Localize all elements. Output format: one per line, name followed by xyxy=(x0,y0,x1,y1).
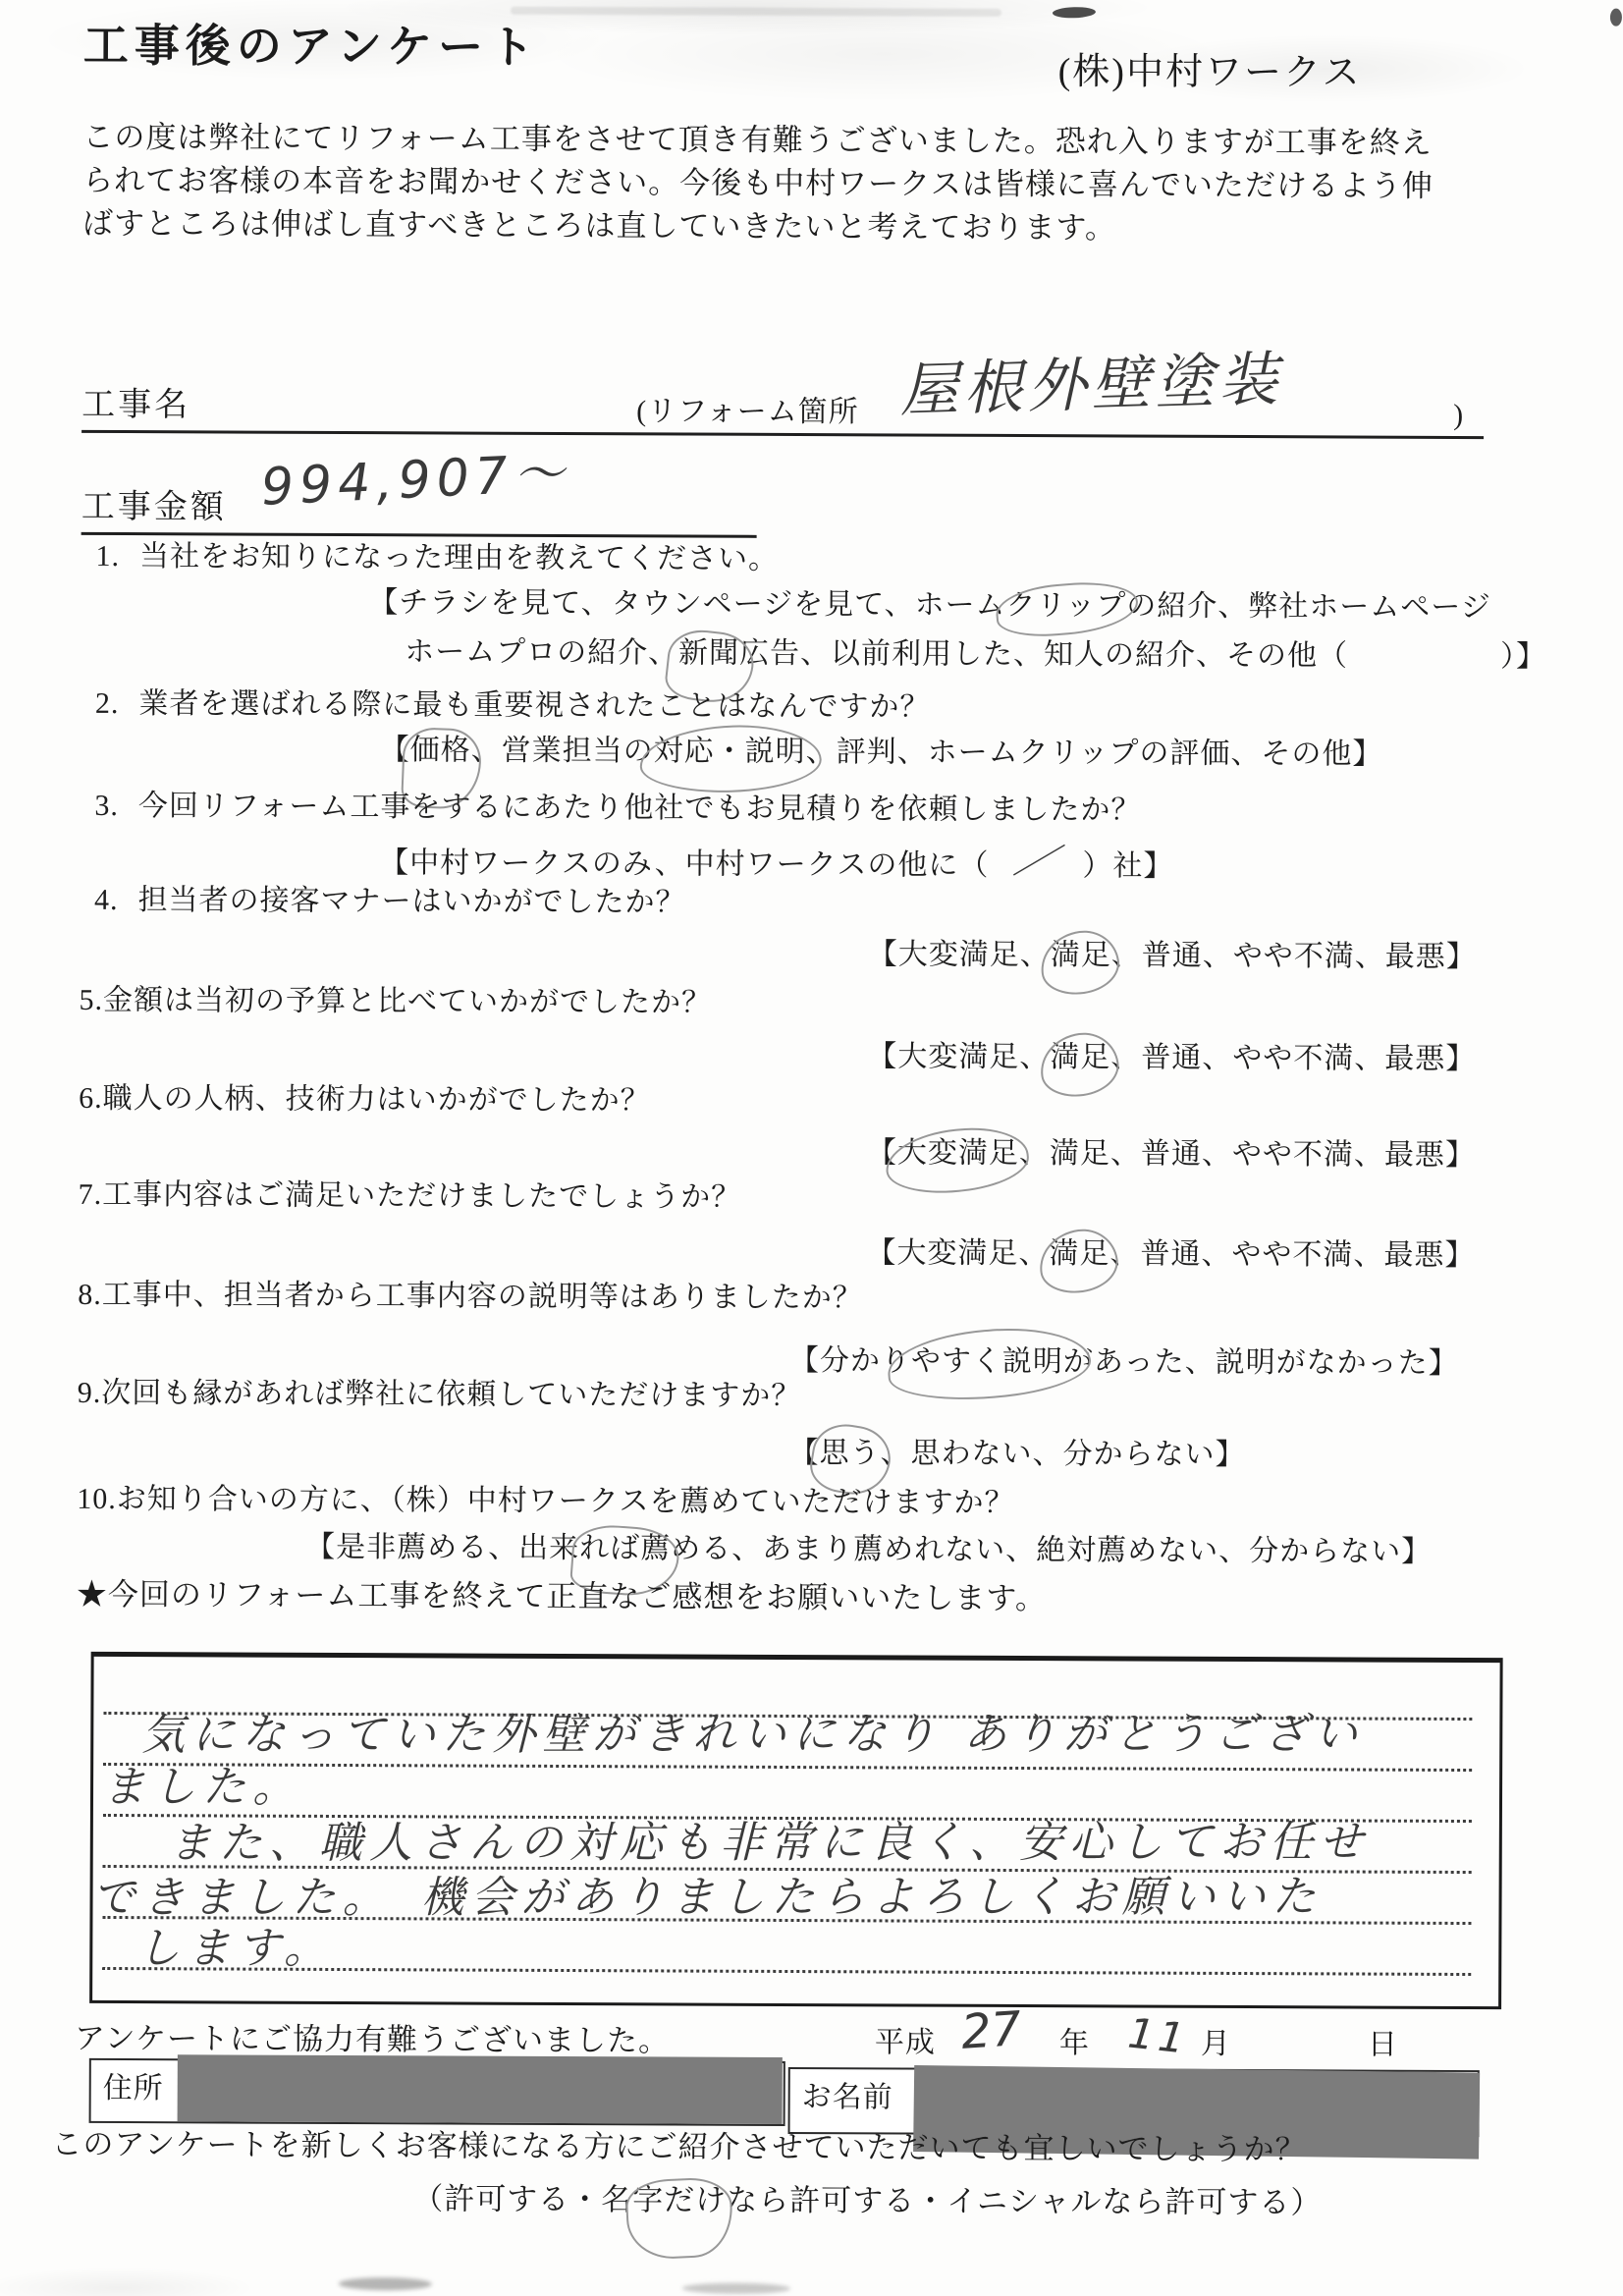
question-8-options: 【分かりやすく説明があった、説明がなかった】 xyxy=(789,1346,1459,1379)
q3-option-segment: 【中村ワークスのみ、中村ワークスの他に（ xyxy=(379,847,989,882)
q4-option-segment: 【大変満足、 xyxy=(868,938,1051,971)
question-6-text: 職人の人柄、技術力はいかがでしたか？ xyxy=(103,1082,651,1117)
q5-circled-answer-satisfied: 満足 xyxy=(1050,1043,1110,1072)
q7-option-segment: 、普通、やや不満、最悪】 xyxy=(1109,1237,1475,1272)
page-title: 工事後のアンケート xyxy=(83,24,540,71)
q6-circled-answer-very-satisfied: 大変満足 xyxy=(897,1138,1019,1169)
question-8-text: 工事中、担当者から工事内容の説明等はありましたか？ xyxy=(102,1279,863,1314)
question-9: 9.次回も縁があれば弊社に依頼していただけますか？ xyxy=(78,1379,802,1411)
date-month-label: 月 xyxy=(1201,2030,1231,2059)
question-8-number: 8. xyxy=(78,1281,102,1310)
scan-artifact xyxy=(682,2283,790,2294)
scan-artifact xyxy=(339,2277,432,2290)
q5-option-segment: 、普通、やや不満、最悪】 xyxy=(1110,1041,1476,1075)
q6-option-segment: 、満足、普通、やや不満、最悪】 xyxy=(1019,1137,1476,1172)
date-year-value: 27 xyxy=(959,2005,1022,2056)
question-7-number: 7. xyxy=(79,1180,103,1210)
q2-option-segment: 、営業担当の xyxy=(471,735,654,768)
question-6-number: 6. xyxy=(79,1084,103,1114)
intro-line-2: られてお客様の本音をお聞かせください。今後も中村ワークスは皆様に喜んでいただける… xyxy=(82,165,1434,201)
intro-line-1: この度は弊社にてリフォーム工事をさせて頂き有難うございました。恐れ入りますが工事… xyxy=(82,122,1433,158)
scan-artifact xyxy=(511,7,1001,17)
address-redaction xyxy=(178,2054,783,2124)
project-amount-label: 工事金額 xyxy=(81,491,227,525)
question-3-options: 【中村ワークスのみ、中村ワークスの他に（／）社】 xyxy=(379,838,1173,883)
question-2-number: 2. xyxy=(95,689,120,719)
thanks-note: アンケートにご協力有難うございました。 xyxy=(75,2023,670,2056)
q8-circled-answer-clear-explanation: やすく説明 xyxy=(911,1347,1063,1378)
question-4-text: 担当者の接客マナーはいかがでしたか？ xyxy=(137,884,685,918)
question-8: 8.工事中、担当者から工事内容の説明等はありましたか？ xyxy=(78,1281,863,1313)
question-6-options: 【大変満足、満足、普通、やや不満、最悪】 xyxy=(867,1138,1476,1171)
q2-circled-answer-response: 対応・説明 xyxy=(654,737,806,767)
question-1-options-line-2: ホームプロの紹介、新聞広告、以前利用した、知人の紹介、その他（ ）】 xyxy=(405,637,1546,672)
q1-circled-answer-newspaper: 新聞 xyxy=(678,638,739,668)
comment-line-1: 気になっていた外壁がきれいになり ありがとうござい xyxy=(141,1713,1364,1757)
question-5-number: 5. xyxy=(79,986,103,1015)
question-5-text: 金額は当初の予算と比べていかがでしたか？ xyxy=(103,984,712,1019)
reform-location-prefix: (リフォーム箇所 xyxy=(636,397,859,427)
project-name-label: 工事名 xyxy=(81,389,190,422)
share-question: このアンケートを新しくお客様になる方にご紹介させていただいても宜しいでしょうか？ xyxy=(51,2129,1306,2165)
q4-option-segment: 、普通、やや不満、最悪】 xyxy=(1111,939,1477,973)
q3-option-segment: ）社】 xyxy=(1082,849,1173,882)
question-7-text: 工事内容はご満足いただけましたでしょうか？ xyxy=(102,1178,741,1214)
q6-option-segment: 【 xyxy=(867,1136,897,1169)
comment-dotted-line xyxy=(103,1763,1472,1772)
question-1: 1.当社をお知りになった理由を教えてください。 xyxy=(95,542,779,574)
q10-circled-answer-recommend-if-possible: れば薦 xyxy=(579,1534,671,1563)
name-label: お名前 xyxy=(802,2083,893,2112)
permission-options: （許可する・名字だけなら許可する・イニシャルなら許可する） xyxy=(412,2183,1322,2217)
project-name-underline xyxy=(81,430,1484,439)
q5-option-segment: 【大変満足、 xyxy=(867,1040,1050,1073)
project-amount-underline xyxy=(81,532,757,538)
question-10: 10.お知り合いの方に、（株）中村ワークスを薦めていただけますか？ xyxy=(77,1485,1014,1518)
question-9-number: 9. xyxy=(78,1379,102,1408)
question-2-text: 業者を選ばれる際に最も重要視されたことはなんですか？ xyxy=(138,687,930,724)
q1-option-segment: 広告、以前利用した、知人の紹介、その他（ ）】 xyxy=(739,637,1546,674)
intro-line-3: ばすところは伸ばし直すべきところは直していきたいと考えております。 xyxy=(82,208,1116,244)
question-10-options: 【是非薦める、出来れば薦める、あまり薦めれない、絶対薦めない、分からない】 xyxy=(305,1533,1432,1567)
question-1-options-line-1: 【チラシを見て、タウンページを見て、ホームクリップの紹介、弊社ホームページ xyxy=(368,588,1491,623)
question-5-options: 【大変満足、満足、普通、やや不満、最悪】 xyxy=(867,1042,1476,1074)
question-1-text: 当社をお知りになった理由を教えてください。 xyxy=(139,540,779,575)
address-label: 住所 xyxy=(103,2074,164,2104)
q8-option-segment: があった、説明がなかった】 xyxy=(1063,1345,1459,1380)
q1-circled-answer-homeclip: クリップ xyxy=(1005,591,1126,622)
comment-line-4: できました。 機会がありましたらよろしくお願いいた xyxy=(92,1876,1323,1920)
permission-segment: なら許可する・イニシャルなら許可する） xyxy=(727,2183,1322,2220)
question-4: 4.担当者の接客マナーはいかがでしたか？ xyxy=(94,886,686,918)
question-4-number: 4. xyxy=(94,886,119,915)
scan-artifact xyxy=(1053,7,1096,19)
question-3-text: 今回リフォーム工事をするにあたり他社でもお見積りを依頼しましたか？ xyxy=(138,790,1142,826)
scanned-survey-page: 工事後のアンケート (株)中村ワークス この度は弊社にてリフォーム工事をさせて頂… xyxy=(0,0,1623,2296)
q3-handwritten-count: ／ xyxy=(1012,838,1060,885)
comment-line-5: します。 xyxy=(136,1927,334,1970)
date-day-label: 日 xyxy=(1368,2031,1398,2060)
q10-option-segment: 【是非薦める、出来 xyxy=(305,1531,579,1564)
question-2-options: 【価格、営業担当の対応・説明、評判、ホームクリップの評価、その他】 xyxy=(380,736,1383,769)
q8-option-segment: 【分かり xyxy=(789,1344,911,1378)
question-7-options: 【大変満足、満足、普通、やや不満、最悪】 xyxy=(866,1238,1475,1271)
q1-option-segment: の紹介、弊社ホームページ xyxy=(1126,589,1491,624)
star-note: ★今回のリフォーム工事を終えて正直なご感想をお願いいたします。 xyxy=(77,1579,1047,1613)
question-4-options: 【大変満足、満足、普通、やや不満、最悪】 xyxy=(868,940,1477,972)
q2-circled-answer-price: 価格 xyxy=(410,736,471,765)
q10-option-segment: める、あまり薦めれない、絶対薦めない、分からない】 xyxy=(671,1532,1432,1567)
q2-option-segment: 【 xyxy=(380,734,410,766)
date-era-label: 平成 xyxy=(875,2028,936,2057)
date-month-value: 11 xyxy=(1126,2012,1191,2059)
q1-option-segment: ホームプロの紹介、 xyxy=(405,635,678,669)
question-6: 6.職人の人柄、技術力はいかがでしたか？ xyxy=(79,1084,651,1117)
question-3: 3.今回リフォーム工事をするにあたり他社でもお見積りを依頼しましたか？ xyxy=(94,792,1141,826)
scan-artifact xyxy=(1610,9,1622,27)
q9-circled-answer-would: 思う xyxy=(819,1439,880,1468)
question-9-text: 次回も縁があれば弊社に依頼していただけますか？ xyxy=(101,1377,801,1412)
reform-location-suffix: ) xyxy=(1453,401,1464,430)
question-5: 5.金額は当初の予算と比べていかがでしたか？ xyxy=(79,986,712,1018)
comment-line-3: また、職人さんの対応も非常に良く、安心してお任せ xyxy=(169,1821,1370,1865)
question-1-number: 1. xyxy=(95,542,120,572)
permission-segment: （許可する・名 xyxy=(412,2181,632,2216)
q7-option-segment: 【大変満足、 xyxy=(866,1236,1049,1270)
question-3-number: 3. xyxy=(94,792,119,821)
q4-circled-answer-satisfied: 満足 xyxy=(1051,941,1111,970)
q7-circled-answer-satisfied: 満足 xyxy=(1049,1239,1109,1269)
comment-line-2: ました。 xyxy=(102,1766,302,1809)
question-10-text: お知り合いの方に、（株）中村ワークスを薦めていただけますか？ xyxy=(117,1483,1015,1519)
question-7: 7.工事内容はご満足いただけましたでしょうか？ xyxy=(79,1180,742,1213)
q9-option-segment: 、思わない、分からない】 xyxy=(880,1437,1245,1471)
q2-option-segment: 、評判、ホームクリップの評価、その他】 xyxy=(806,736,1383,771)
q9-option-segment: 【 xyxy=(788,1437,819,1469)
project-amount-value: 994,907〜 xyxy=(260,448,571,514)
company-name: (株)中村ワークス xyxy=(1058,53,1362,91)
reform-location-value: 屋根外壁塗装 xyxy=(898,350,1283,420)
question-10-number: 10. xyxy=(77,1485,117,1514)
question-2: 2.業者を選ばれる際に最も重要視されたことはなんですか？ xyxy=(95,689,931,723)
permission-circled-answer-lastname-only: 字だけ xyxy=(632,2184,727,2214)
question-9-options: 【思う、思わない、分からない】 xyxy=(788,1439,1245,1470)
date-year-label: 年 xyxy=(1059,2029,1090,2058)
q1-option-segment: 【チラシを見て、タウンページを見て、ホーム xyxy=(368,586,1005,622)
